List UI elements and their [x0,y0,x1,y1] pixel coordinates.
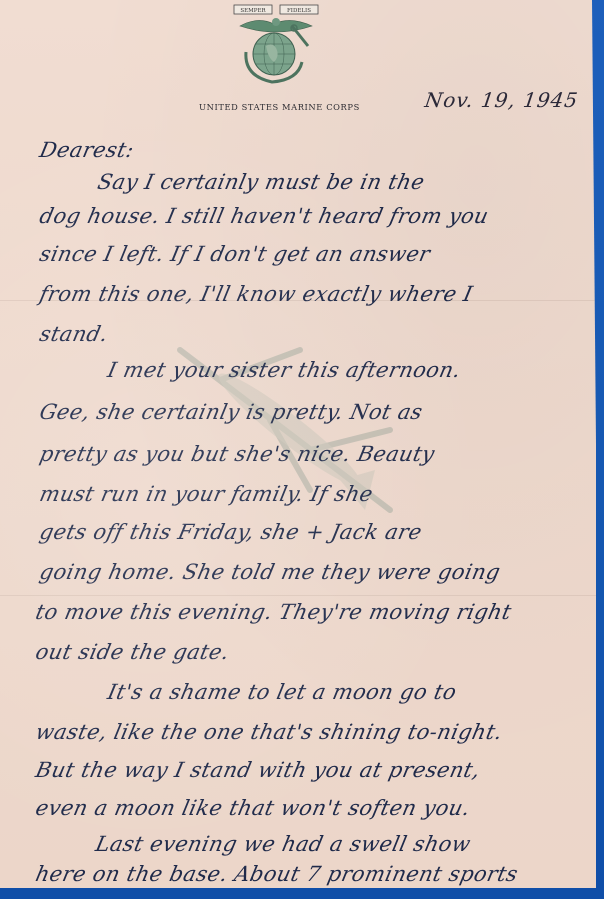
letter-line: since I left. If I don't get an answer [37,242,432,266]
salutation: Dearest: [37,138,136,162]
letter-line: I met your sister this afternoon. [105,358,463,382]
airplane-watermark-icon [160,320,420,550]
letter-line: going home. She told me they were going [37,560,502,584]
letter-line: here on the base. About 7 prominent spor… [33,862,520,886]
letterhead-title: UNITED STATES MARINE CORPS [199,102,360,112]
letter-line: dog house. I still haven't heard from yo… [37,204,490,228]
eagle-globe-anchor-icon: SEMPER FIDELIS [228,2,324,88]
letter-line: must run in your family. If she [37,482,375,506]
letter-line: gets off this Friday, she + Jack are [37,520,424,544]
paper-fold-line [0,595,596,596]
letter-line: stand. [37,322,110,346]
letter-date: Nov. 19, 1945 [423,88,580,112]
letter-line: pretty as you but she's nice. Beauty [37,442,437,466]
motto-right: FIDELIS [287,8,311,14]
letter-paper: SEMPER FIDELIS UNITED STATES MARINE CORP… [0,0,596,888]
letter-line: even a moon like that won't soften you. [33,796,472,820]
letter-line: But the way I stand with you at present, [33,758,482,782]
letter-line: Say I certainly must be in the [95,170,426,194]
letter-line: from this one, I'll know exactly where I [37,282,475,306]
letter-line: waste, like the one that's shining to-ni… [33,720,504,744]
letter-line: to move this evening. They're moving rig… [33,600,513,624]
motto-left: SEMPER [240,8,266,14]
letter-line: It's a shame to let a moon go to [105,680,458,704]
letter-line: Gee, she certainly is pretty. Not as [37,400,424,424]
letter-line: out side the gate. [33,640,231,664]
letter-line: Last evening we had a swell show [93,832,473,856]
